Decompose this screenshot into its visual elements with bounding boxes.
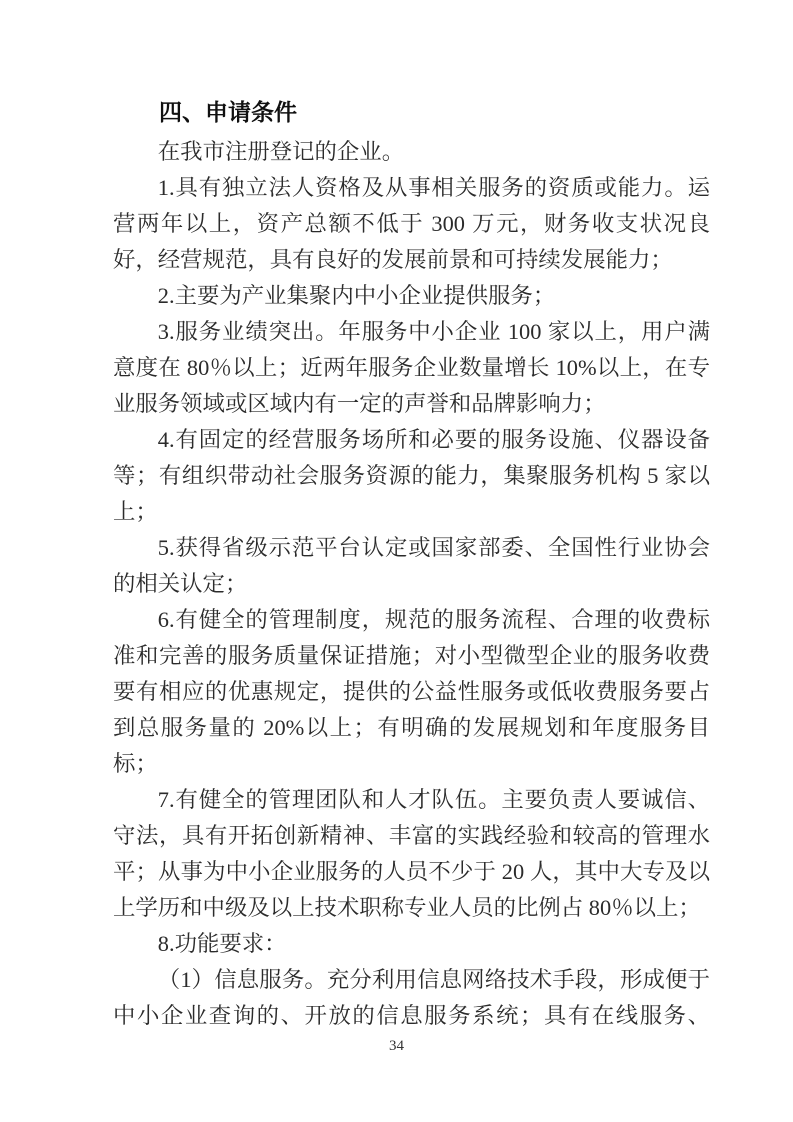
paragraph-item-5: 5.获得省级示范平台认定或国家部委、全国性行业协会的相关认定； [113, 530, 710, 602]
paragraph-item-3: 3.服务业绩突出。年服务中小企业 100 家以上，用户满意度在 80％以上；近两… [113, 314, 710, 422]
paragraph-item-8-sub-1: （1）信息服务。充分利用信息网络技术手段，形成便于中小企业查询的、开放的信息服务… [113, 962, 710, 1034]
paragraph-item-1: 1.具有独立法人资格及从事相关服务的资质或能力。运营两年以上，资产总额不低于 3… [113, 170, 710, 278]
paragraph-registration: 在我市注册登记的企业。 [113, 134, 710, 170]
document-page: 四、申请条件 在我市注册登记的企业。 1.具有独立法人资格及从事相关服务的资质或… [0, 0, 793, 1122]
page-content: 四、申请条件 在我市注册登记的企业。 1.具有独立法人资格及从事相关服务的资质或… [113, 90, 710, 1034]
paragraph-item-8: 8.功能要求： [113, 926, 710, 962]
paragraph-item-4: 4.有固定的经营服务场所和必要的服务设施、仪器设备等；有组织带动社会服务资源的能… [113, 422, 710, 530]
section-heading: 四、申请条件 [113, 90, 710, 134]
paragraph-item-7: 7.有健全的管理团队和人才队伍。主要负责人要诚信、守法，具有开拓创新精神、丰富的… [113, 782, 710, 926]
page-number: 34 [0, 1038, 793, 1054]
paragraph-item-2: 2.主要为产业集聚内中小企业提供服务； [113, 278, 710, 314]
paragraph-item-6: 6.有健全的管理制度，规范的服务流程、合理的收费标准和完善的服务质量保证措施；对… [113, 602, 710, 782]
